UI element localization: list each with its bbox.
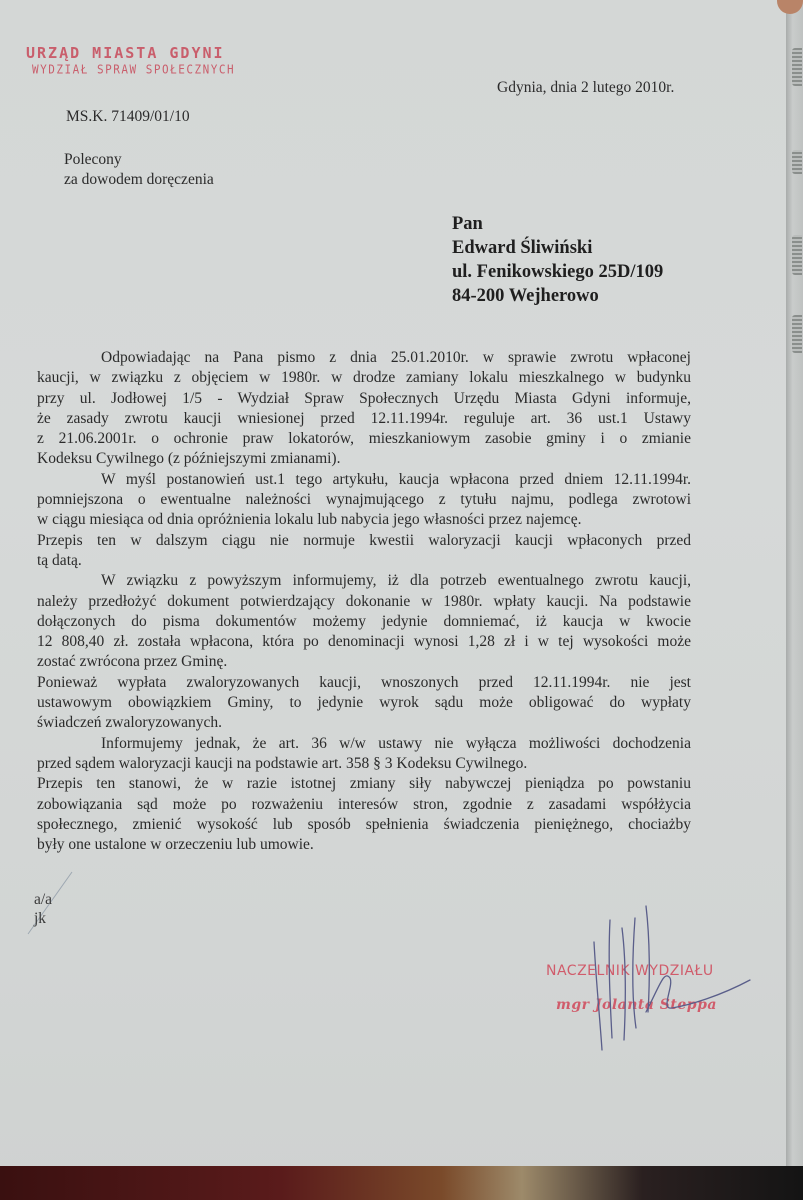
body-line: z 21.06.2001r. o ochronie praw lokatorów…	[37, 429, 691, 449]
body-line: były one ustalone w orzeczeniu lub umowi…	[37, 835, 691, 855]
page-edge	[786, 0, 803, 1188]
body-line: Ponieważ wypłata zwaloryzowanych kaucji,…	[37, 673, 691, 693]
body-line: pomniejszona o ewentualne należności wyn…	[37, 490, 691, 510]
body-line: 12 808,40 zł. została wpłacona, która po…	[37, 632, 691, 652]
body-line: Przepis ten stanowi, że w razie istotnej…	[37, 774, 691, 794]
body-line: świadczeń zwaloryzowanych.	[37, 713, 691, 733]
body-line: Przepis ten w dalszym ciągu nie normuje …	[37, 531, 691, 551]
body-line: przy ul. Jodłowej 1/5 - Wydział Spraw Sp…	[37, 389, 691, 409]
addressee-name: Edward Śliwiński	[452, 236, 663, 260]
delivery-note-line: za dowodem doręczenia	[64, 170, 214, 190]
binder-mark-icon	[792, 150, 802, 174]
body-line: W związku z powyższym informujemy, iż dl…	[37, 571, 691, 591]
addressee-city: 84-200 Wejherowo	[452, 284, 663, 308]
initials-line: a/a	[34, 890, 52, 909]
body-line: tą datą.	[37, 551, 691, 571]
handwritten-signature-icon	[580, 900, 760, 1060]
body-line: że zasady zwrotu kaucji wniesionej przed…	[37, 409, 691, 429]
body-line: społecznego, zmienić wysokość lub sposób…	[37, 815, 691, 835]
delivery-note: Polecony za dowodem doręczenia	[64, 150, 214, 190]
letter-page: URZĄD MIASTA GDYNI WYDZIAŁ SPRAW SPOŁECZ…	[0, 0, 786, 1188]
binder-mark-icon	[792, 48, 802, 86]
body-line: należy przedłożyć dokument potwierdzając…	[37, 592, 691, 612]
body-line: dołączonych do pisma dokumentów możemy j…	[37, 612, 691, 632]
typist-initials: a/a jk	[34, 890, 52, 928]
body-line: Odpowiadając na Pana pismo z dnia 25.01.…	[37, 348, 691, 368]
reference-number: MS.K. 71409/01/10	[66, 107, 190, 127]
letter-body: Odpowiadając na Pana pismo z dnia 25.01.…	[37, 348, 691, 855]
body-line: W myśl postanowień ust.1 tego artykułu, …	[37, 470, 691, 490]
binder-mark-icon	[792, 235, 802, 275]
body-line: zostać zwrócona przez Gminę.	[37, 652, 691, 672]
place-date: Gdynia, dnia 2 lutego 2010r.	[497, 78, 674, 98]
addressee-salutation: Pan	[452, 212, 663, 236]
initials-line: jk	[34, 909, 52, 928]
body-line: zobowiązania sąd może po rozważeniu inte…	[37, 795, 691, 815]
office-stamp-line2: WYDZIAŁ SPRAW SPOŁECZNYCH	[32, 62, 235, 76]
binder-mark-icon	[792, 315, 802, 353]
body-line: ustawowym obowiązkiem Gminy, to jedynie …	[37, 693, 691, 713]
body-line: przed sądem waloryzacji kaucji na podsta…	[37, 754, 691, 774]
addressee-block: Pan Edward Śliwiński ul. Fenikowskiego 2…	[452, 212, 663, 308]
delivery-note-line: Polecony	[64, 150, 214, 170]
body-line: kaucji, w związku z objęciem w 1980r. w …	[37, 368, 691, 388]
body-line: Kodeksu Cywilnego (z późniejszymi zmiana…	[37, 449, 691, 469]
body-line: Informujemy jednak, że art. 36 w/w ustaw…	[37, 734, 691, 754]
body-line: w ciągu miesiąca od dnia opróżnienia lok…	[37, 510, 691, 530]
photo-background	[0, 1166, 803, 1200]
office-stamp-line1: URZĄD MIASTA GDYNI	[26, 44, 225, 62]
addressee-street: ul. Fenikowskiego 25D/109	[452, 260, 663, 284]
